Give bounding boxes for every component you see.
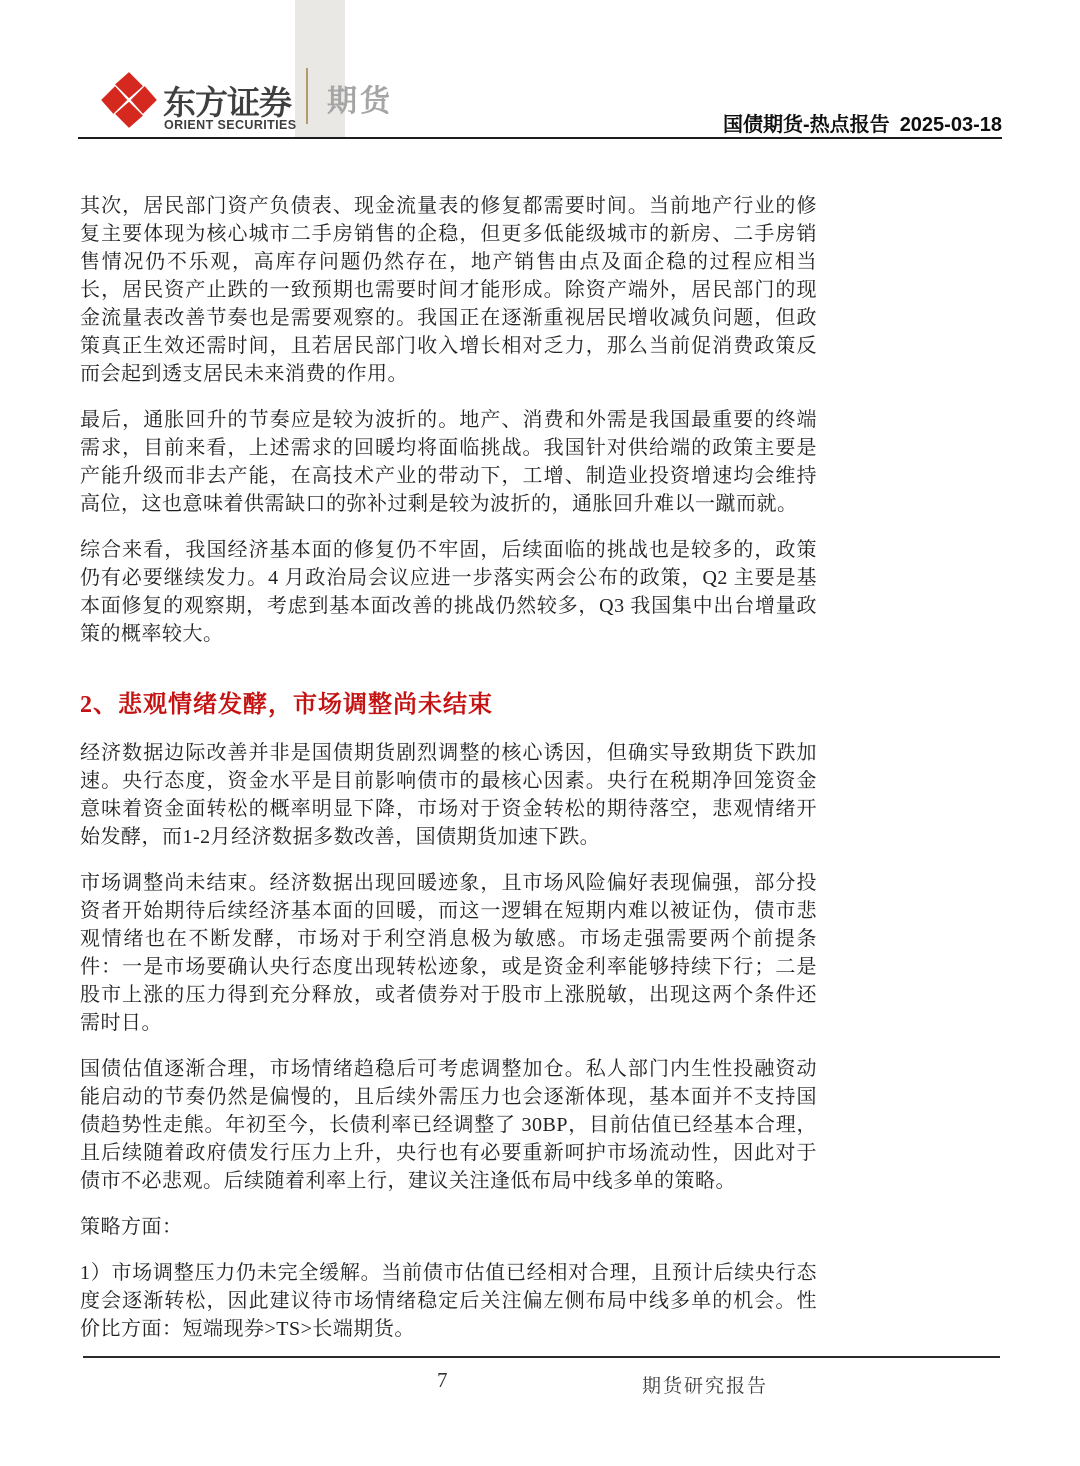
strategy-label: 策略方面：: [80, 1213, 817, 1241]
report-page: 东方证券 ORIENT SECURITIES 期货 国债期货-热点报告2025-…: [0, 0, 1080, 1466]
report-date: 2025-03-18: [900, 114, 1002, 136]
paragraph-inflation-path: 最后，通胀回升的节奏应是较为波折的。地产、消费和外需是我国最重要的终端需求，目前…: [80, 406, 817, 518]
page-number: 7: [437, 1368, 448, 1393]
brand-name-en: ORIENT SECURITIES: [164, 118, 297, 132]
division-label: 期货: [327, 76, 393, 120]
header-rule: [78, 137, 1002, 139]
report-type: 国债期货-热点报告: [723, 114, 890, 136]
footer-rule: [83, 1356, 1000, 1358]
orient-securities-logo-icon: [100, 71, 158, 129]
paragraph-pessimism-ferment: 经济数据边际改善并非是国债期货剧烈调整的核心诱因，但确实导致期货下跌加速。央行态…: [80, 739, 817, 851]
section-heading: 2、悲观情绪发酵，市场调整尚未结束: [80, 690, 817, 721]
paragraph-adjustment-not-over: 市场调整尚未结束。经济数据出现回暖迹象，且市场风险偏好表现偏强，部分投资者开始期…: [80, 869, 817, 1037]
report-body: 其次，居民部门资产负债表、现金流量表的修复都需要时间。当前地产行业的修复主要体现…: [80, 192, 817, 1361]
report-meta: 国债期货-热点报告2025-03-18: [723, 108, 1002, 137]
footer-label: 期货研究报告: [642, 1371, 768, 1398]
strategy-item-1: 1）市场调整压力仍未完全缓解。当前债市估值已经相对合理，且预计后续央行态度会逐渐…: [80, 1259, 817, 1343]
paragraph-policy-outlook: 综合来看，我国经济基本面的修复仍不牢固，后续面临的挑战也是较多的，政策仍有必要继…: [80, 536, 817, 648]
brand-divider: [306, 68, 308, 124]
paragraph-household-balance-sheet: 其次，居民部门资产负债表、现金流量表的修复都需要时间。当前地产行业的修复主要体现…: [80, 192, 817, 388]
paragraph-bond-valuation: 国债估值逐渐合理，市场情绪趋稳后可考虑调整加仓。私人部门内生性投融资动能启动的节…: [80, 1055, 817, 1195]
brand-name-cn: 东方证券: [163, 77, 291, 124]
